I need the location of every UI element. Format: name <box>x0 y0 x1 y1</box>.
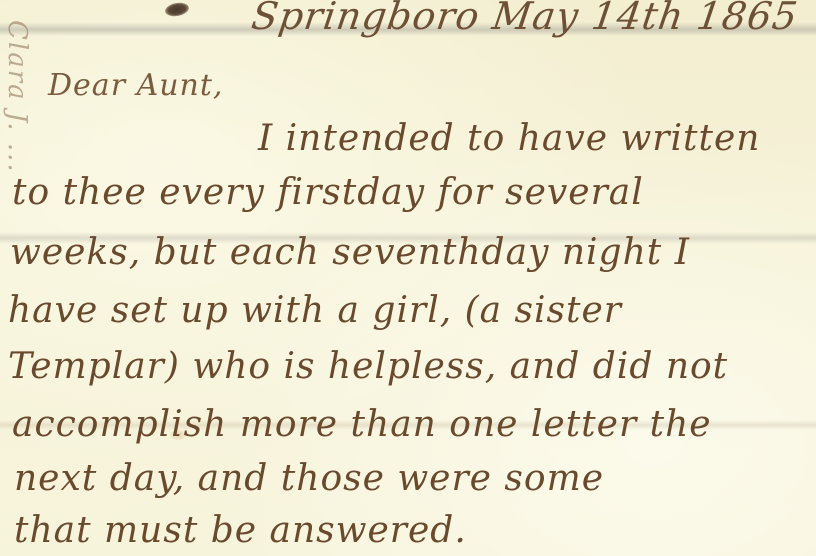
letter-body-line: to thee every firstday for several <box>12 172 644 213</box>
letter-body-line: have set up with a girl, (a sister <box>8 290 622 331</box>
letter-body-line: I intended to have written <box>258 118 760 159</box>
letter-body-line: that must be answered. <box>14 510 467 551</box>
letter-body-line: weeks, but each seventhday night I <box>10 232 690 273</box>
letter-page: Clara J. ... Springboro May 14th 1865 De… <box>0 0 816 556</box>
letter-place-date: Springboro May 14th 1865 <box>249 0 801 38</box>
margin-note: Clara J. ... <box>2 20 32 174</box>
letter-salutation: Dear Aunt, <box>48 68 223 103</box>
letter-body-line: Templar) who is helpless, and did not <box>8 346 728 387</box>
ink-stain <box>164 1 190 18</box>
letter-body-line: accomplish more than one letter the <box>12 404 712 445</box>
letter-body-line: next day, and those were some <box>14 458 604 499</box>
